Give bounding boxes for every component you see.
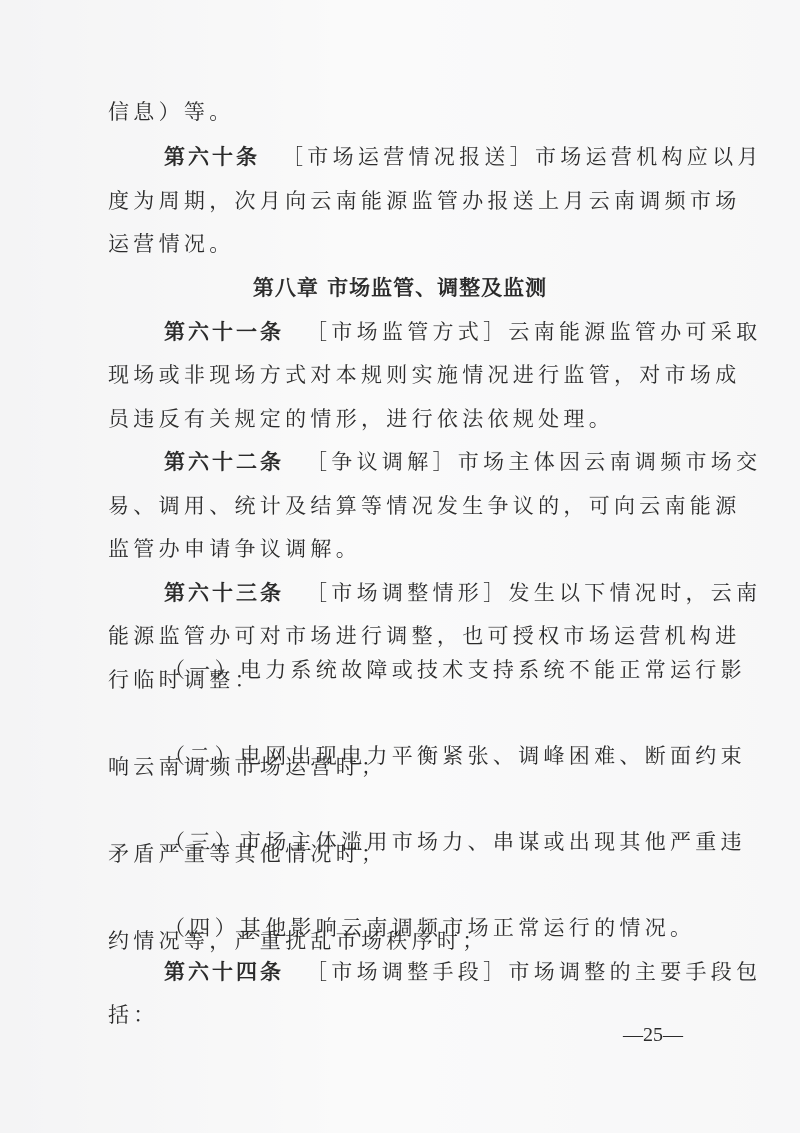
text-line: 现场或非现场方式对本规则实施情况进行监管，对市场成: [108, 361, 688, 389]
text-line: 监管办申请争议调解。: [108, 535, 688, 563]
article-number: 第六十一条: [164, 320, 284, 344]
text-line: 员违反有关规定的情形，进行依法依规处理。: [108, 405, 688, 433]
text-line: 运营情况。: [108, 230, 688, 258]
article-62-line: 第六十二条［争议调解］市场主体因云南调频市场交: [164, 448, 744, 476]
article-number: 第六十二条: [164, 450, 284, 474]
article-number: 第六十四条: [164, 960, 284, 984]
article-64-line: 第六十四条［市场调整手段］市场调整的主要手段包: [164, 958, 744, 986]
list-item-1: （一）电力系统故障或技术支持系统不能正常运行影: [164, 656, 744, 684]
text-line: 信息）等。: [108, 98, 688, 126]
list-item-4: （四）其他影响云南调频市场正常运行的情况。: [164, 914, 744, 942]
article-text: ［市场调整手段］市场调整的主要手段包: [306, 960, 761, 984]
article-text: ［市场监管方式］云南能源监管办可采取: [306, 320, 761, 344]
text-line: 度为周期，次月向云南能源监管办报送上月云南调频市场: [108, 187, 688, 215]
article-63-line: 第六十三条［市场调整情形］发生以下情况时，云南: [164, 579, 744, 607]
article-60-line: 第六十条［市场运营情况报送］市场运营机构应以月: [164, 143, 744, 171]
list-item-2: （二）电网出现电力平衡紧张、调峰困难、断面约束: [164, 742, 744, 770]
article-61-line: 第六十一条［市场监管方式］云南能源监管办可采取: [164, 318, 744, 346]
article-text: ［市场调整情形］发生以下情况时，云南: [306, 581, 761, 605]
text-line: 易、调用、统计及结算等情况发生争议的，可向云南能源: [108, 492, 688, 520]
article-text: ［争议调解］市场主体因云南调频市场交: [306, 450, 761, 474]
article-number: 第六十条: [164, 145, 260, 169]
chapter-heading: 第八章 市场监管、调整及监测: [0, 274, 800, 302]
article-text: ［市场运营情况报送］市场运营机构应以月: [282, 145, 763, 169]
list-item-3: （三）市场主体滥用市场力、串谋或出现其他严重违: [164, 828, 744, 856]
document-page: 信息）等。 第六十条［市场运营情况报送］市场运营机构应以月 度为周期，次月向云南…: [0, 0, 800, 1133]
text-line: 能源监管办可对市场进行调整，也可授权市场运营机构进: [108, 622, 688, 650]
article-number: 第六十三条: [164, 581, 284, 605]
text-line: 括：: [108, 1001, 688, 1029]
